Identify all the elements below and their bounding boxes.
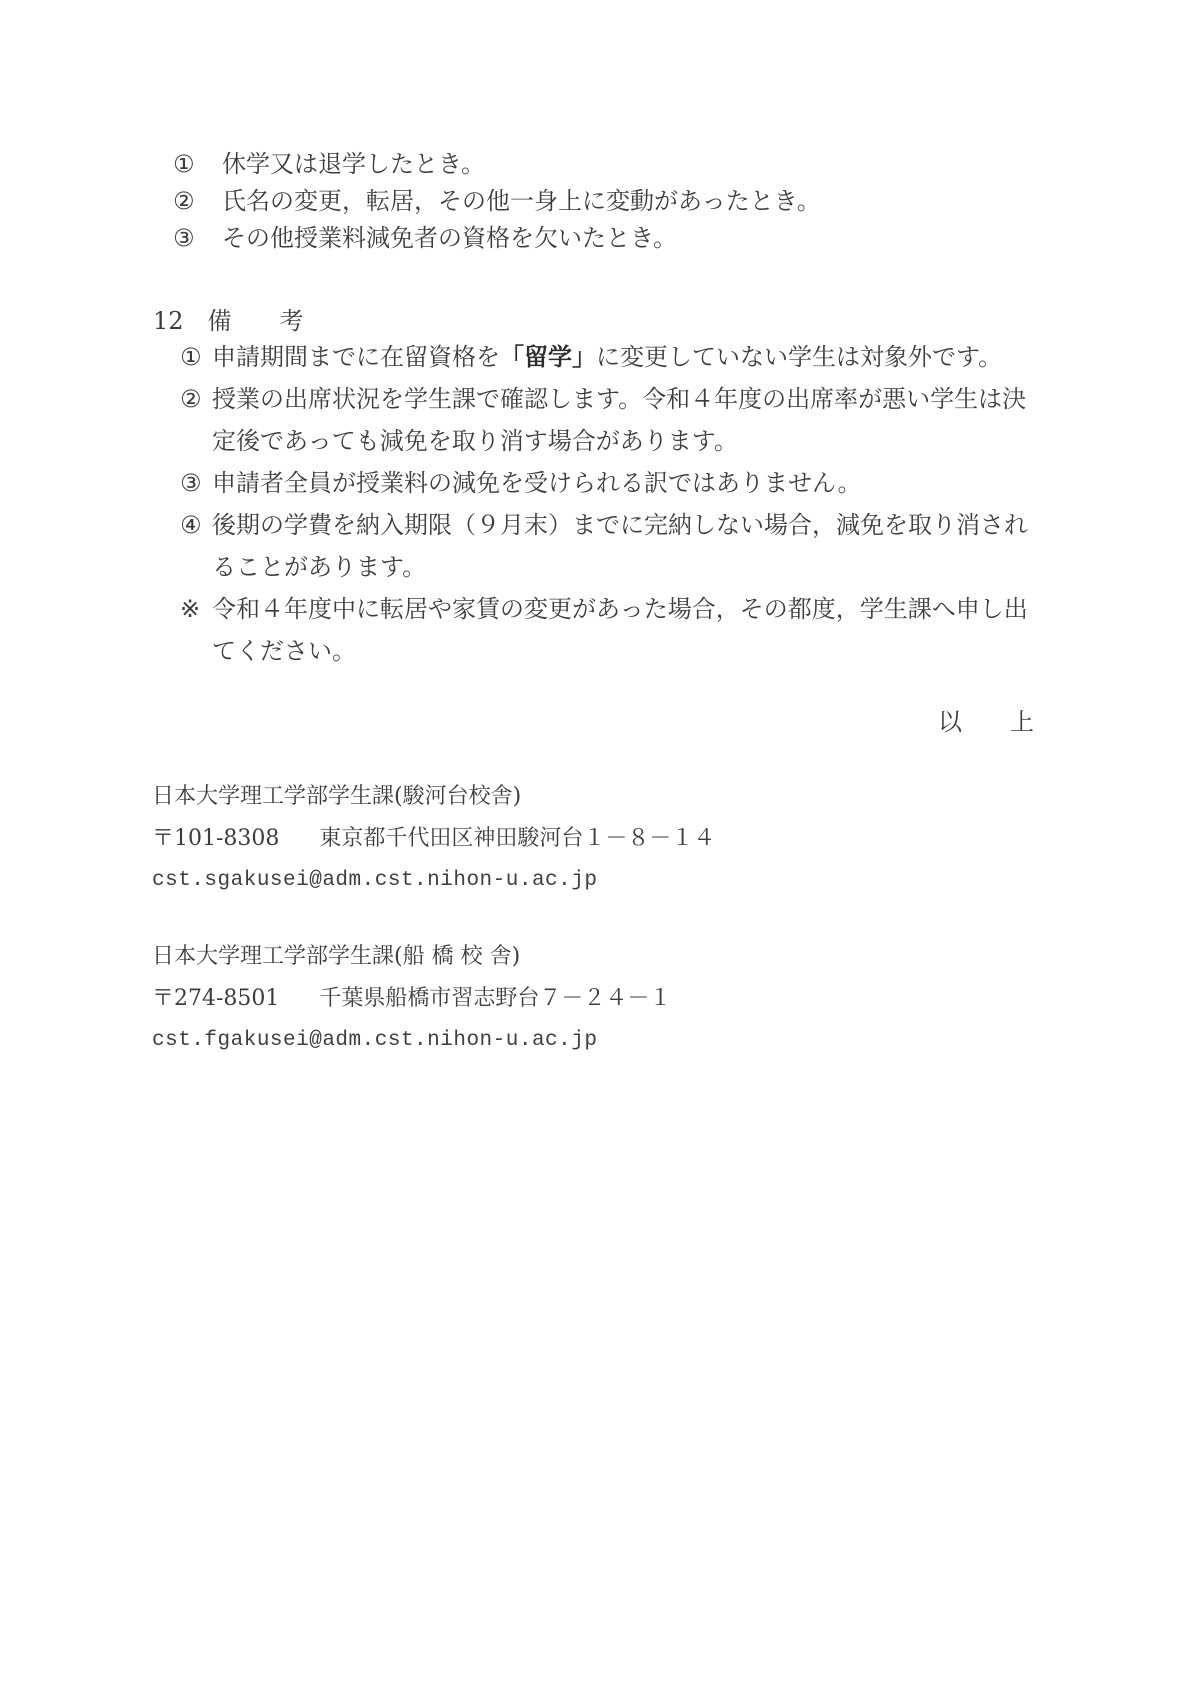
item-text: 申請者全員が授業料の減免を受けられる訳ではありません。 [212, 469, 861, 497]
remark-item: ①申請期間までに在留資格を「留学」に変更していない学生は対象外です。 [180, 336, 1028, 378]
item-marker: ① [180, 336, 212, 378]
remark-note-continuation: てください。 [180, 630, 1028, 672]
list-item: ③その他授業料減免者の資格を欠いたとき。 [173, 220, 821, 257]
list-item: ①休学又は退学したとき。 [173, 146, 821, 183]
item-marker: ③ [180, 462, 212, 504]
remarks-section-heading: 12 備 考 [153, 301, 304, 336]
postal-code: 〒101-8308 [152, 826, 279, 851]
contact-name: 日本大学理工学部学生課(駿河台校舎) [152, 776, 715, 818]
remark-item: ④後期の学費を納入期限（９月末）までに完納しない場合，減免を取り消され [180, 504, 1028, 546]
contact-address-line: 〒274-8501千葉県船橋市習志野台７－２４－１ [152, 978, 671, 1020]
list-item: ②氏名の変更，転居，その他一身上に変動があったとき。 [173, 183, 821, 220]
item-marker: ② [173, 183, 222, 220]
document-page: ①休学又は退学したとき。 ②氏名の変更，転居，その他一身上に変動があったとき。 … [0, 0, 1190, 1684]
remark-item-continuation: 定後であっても減免を取り消す場合があります。 [180, 420, 1028, 462]
item-marker: ② [180, 378, 212, 420]
item-text: 申請期間までに在留資格を「留学」に変更していない学生は対象外です。 [212, 343, 1002, 371]
note-text: 令和４年度中に転居や家賃の変更があった場合，その都度，学生課へ申し出 [212, 595, 1028, 623]
contact-address-line: 〒101-8308東京都千代田区神田駿河台１－８－１４ [152, 818, 715, 860]
item-marker: ① [173, 146, 222, 183]
closing-text: 以 上 [938, 702, 1034, 737]
item-marker: ③ [173, 220, 222, 257]
conditions-list: ①休学又は退学したとき。 ②氏名の変更，転居，その他一身上に変動があったとき。 … [173, 146, 821, 257]
item-text: その他授業料減免者の資格を欠いたとき。 [222, 224, 677, 252]
contact-block-surugadai: 日本大学理工学部学生課(駿河台校舎) 〒101-8308東京都千代田区神田駿河台… [152, 776, 715, 902]
item-text: 授業の出席状況を学生課で確認します。令和４年度の出席率が悪い学生は決 [212, 385, 1026, 413]
item-text-post: に変更していない学生は対象外です。 [596, 343, 1002, 371]
remark-item-continuation: ることがあります。 [180, 546, 1028, 588]
contact-name: 日本大学理工学部学生課(船 橋 校 舎) [152, 936, 671, 978]
item-text: 氏名の変更，転居，その他一身上に変動があったとき。 [222, 187, 821, 215]
address: 東京都千代田区神田駿河台１－８－１４ [319, 826, 715, 851]
item-text: 後期の学費を納入期限（９月末）までに完納しない場合，減免を取り消され [212, 511, 1028, 539]
postal-code: 〒274-8501 [152, 986, 279, 1011]
email-address: cst.sgakusei@adm.cst.nihon-u.ac.jp [152, 860, 715, 902]
note-marker: ※ [180, 588, 212, 630]
email-address: cst.fgakusei@adm.cst.nihon-u.ac.jp [152, 1020, 671, 1062]
item-marker: ④ [180, 504, 212, 546]
remark-item: ③申請者全員が授業料の減免を受けられる訳ではありません。 [180, 462, 1028, 504]
remarks-list: ①申請期間までに在留資格を「留学」に変更していない学生は対象外です。 ②授業の出… [180, 336, 1028, 672]
item-text: 休学又は退学したとき。 [222, 150, 485, 178]
contact-block-funabashi: 日本大学理工学部学生課(船 橋 校 舎) 〒274-8501千葉県船橋市習志野台… [152, 936, 671, 1062]
item-text-bold: 「留学」 [500, 342, 596, 371]
item-text-pre: 申請期間までに在留資格を [212, 343, 500, 371]
remark-item: ②授業の出席状況を学生課で確認します。令和４年度の出席率が悪い学生は決 [180, 378, 1028, 420]
remark-note: ※令和４年度中に転居や家賃の変更があった場合，その都度，学生課へ申し出 [180, 588, 1028, 630]
address: 千葉県船橋市習志野台７－２４－１ [319, 986, 671, 1011]
